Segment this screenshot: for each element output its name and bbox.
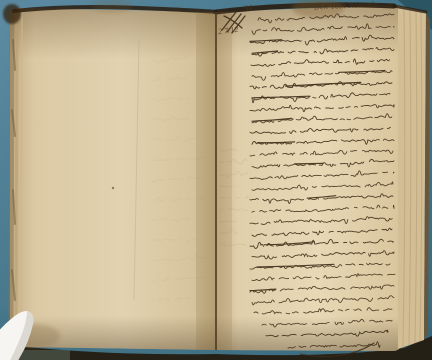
right-page-vignette [216,5,402,351]
manuscript-photo: Den 16th Novembr. 31 2 7/12 [0,0,432,360]
open-book-illustration [0,0,432,360]
left-page-vignette [10,8,216,350]
gutter-shade-right [216,12,232,350]
marginal-number: 31 [243,2,254,13]
corner-wear-blob [3,4,21,24]
gutter-shade-left [196,12,216,350]
speck [112,187,114,189]
